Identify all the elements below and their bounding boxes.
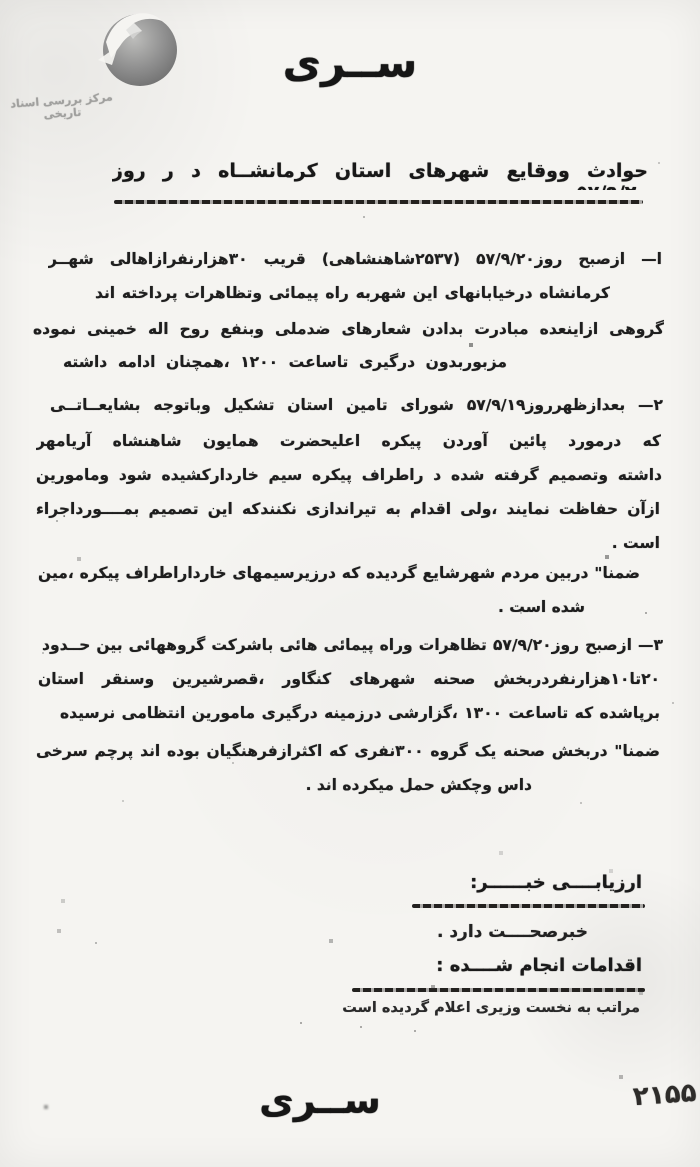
evaluation-label: ارزیابــــی خبــــــر: (380, 872, 642, 893)
classification-bottom: ســری (220, 1078, 420, 1122)
body-line: است . (400, 527, 660, 560)
body-line: برپاشده که تاساعت ۱۳۰۰ ،گزارشی درزمینه د… (60, 697, 660, 730)
body-line: ۳— ازصبح روز۵۷/۹/۲۰ تظاهرات وراه پیمائی … (42, 629, 663, 662)
body-line: ضمنا" دربین مردم شهرشایع گردیده که درزیر… (38, 557, 640, 590)
body-line: ۲— بعدازظهرروز۵۷/۹/۱۹ شورای تامین استان … (50, 389, 663, 422)
body-line: داشته وتصمیم گرفته شده د راطراف پیکره سی… (36, 459, 662, 492)
body-line: شده است . (360, 591, 585, 624)
document-heading: حوادث ووقایع شهرهای استان کرمانشــاه د ر… (112, 160, 648, 190)
actions-underline (352, 988, 645, 992)
actions-value: مراتب به نخست وزیری اعلام گردیده است (250, 1000, 640, 1016)
body-line: ضمنا" دربخش صحنه یک گروه ۳۰۰نفری که اکثر… (36, 735, 660, 768)
body-line: که درمورد پائین آوردن پیکره اعلیحضرت هما… (36, 425, 661, 458)
classification-top: ســری (180, 38, 520, 87)
body-line: ا— ازصبح روز۵۷/۹/۲۰ (۲۵۳۷شاهنشاهی) قریب … (48, 243, 662, 276)
body-line: ۲۰تا۱۰هزارنفردربخش صحنه شهرهای کنگاور ،ق… (38, 663, 660, 696)
body-line: کرمانشاه درخیابانهای این شهربه راه پیمائ… (95, 277, 610, 310)
evaluation-value: خبرصحــــت دارد . (300, 922, 588, 942)
body-line: مزبوربدون درگیری تاساعت ۱۲۰۰ ،همچنان ادا… (63, 346, 507, 379)
archive-logo-emblem (90, 8, 185, 93)
body-line: ازآن حفاظت نمایند ،ولی اقدام به تیرانداز… (36, 493, 660, 526)
scan-noise (0, 0, 2, 2)
archive-center-caption: مرکز بررسی اسناد تاریخی (1, 90, 123, 124)
body-line: داس وچکش حمل میکرده اند . (250, 769, 532, 802)
scanned-document-page: مرکز بررسی اسناد تاریخی ســری حوادث ووقا… (0, 0, 700, 1167)
handwritten-page-number: ۲۱۵۵ (632, 1078, 697, 1112)
actions-label: اقدامات انجام شــــده : (340, 955, 642, 976)
archive-center-logo (90, 8, 185, 93)
heading-underline (114, 200, 643, 204)
evaluation-underline (412, 904, 645, 908)
body-line: گروهی ازاینعده مبادرت بدادن شعارهای ضدمل… (33, 313, 664, 346)
